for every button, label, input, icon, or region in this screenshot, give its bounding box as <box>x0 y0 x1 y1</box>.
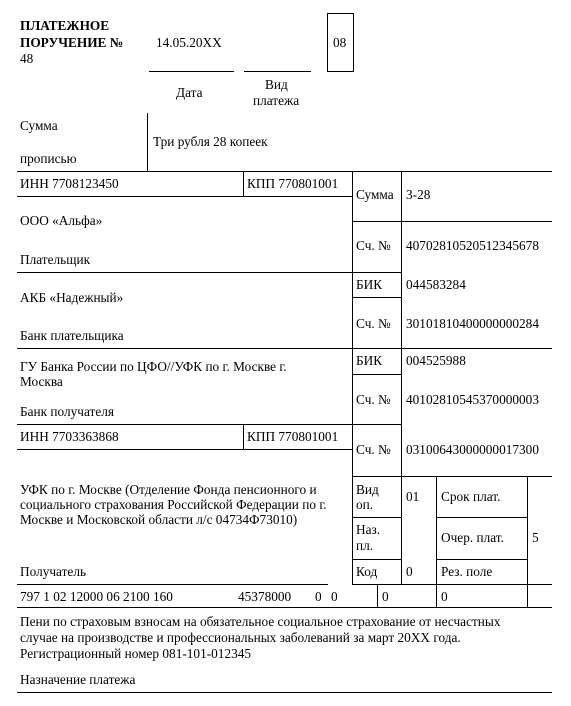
rule <box>352 517 401 518</box>
op-type-value: 01 <box>406 489 419 504</box>
rule <box>527 476 528 607</box>
doc-date-value: 0 <box>441 589 448 604</box>
payment-type-label-line1: Вид <box>265 77 288 92</box>
op-type-label-line2: оп. <box>356 497 373 512</box>
payee-account-label: Сч. № <box>356 442 391 457</box>
amount-words-divider <box>147 113 148 171</box>
rule <box>17 171 552 172</box>
rule <box>352 374 401 375</box>
purpose-code-label-line1: Наз. <box>356 522 380 537</box>
rule <box>17 196 352 197</box>
payment-order-number: 48 <box>20 51 33 66</box>
date-label: Дата <box>176 85 203 100</box>
rule <box>243 424 244 449</box>
rule <box>352 171 353 584</box>
amount-words-label-line1: Сумма <box>20 118 58 133</box>
doc-number-value: 0 <box>382 589 389 604</box>
payer-label: Плательщик <box>20 252 90 267</box>
payer-kpp: КПП 770801001 <box>247 176 338 191</box>
rule <box>352 221 552 222</box>
purpose-label: Назначение платежа <box>20 672 135 687</box>
rule <box>436 517 527 518</box>
payment-type-label-line2: платежа <box>253 93 299 108</box>
period-value: 0 <box>331 589 338 604</box>
basis-value: 0 <box>315 589 322 604</box>
document-title-line2: ПОРУЧЕНИЕ № <box>20 35 123 50</box>
rule <box>352 559 401 560</box>
amount-value: 3-28 <box>406 187 430 202</box>
payer-bank-account-value: 30101810400000000284 <box>406 316 539 331</box>
payer-bank-account-label: Сч. № <box>356 316 391 331</box>
payee-bank-account-label: Сч. № <box>356 392 391 407</box>
amount-words-value: Три рубля 28 копеек <box>153 134 268 149</box>
rule <box>352 476 552 477</box>
rule <box>17 692 552 693</box>
payer-name: ООО «Альфа» <box>20 213 102 228</box>
payee-kpp: КПП 770801001 <box>247 429 338 444</box>
payer-bank-bik-value: 044583284 <box>406 277 466 292</box>
rule <box>17 584 328 585</box>
purpose-code-label-line2: пл. <box>356 538 373 553</box>
rule <box>243 171 244 196</box>
purpose-text-line1: Пени по страховым взносам на обязательно… <box>20 614 501 629</box>
rule <box>352 584 552 585</box>
rule <box>377 584 378 607</box>
rule <box>17 272 401 273</box>
payee-name: УФК по г. Москве (Отделение Фонда пенсио… <box>20 482 350 527</box>
payee-bank-name-line1: ГУ Банка России по ЦФО//УФК по г. Москве… <box>20 359 287 374</box>
payee-bank-account-value: 40102810545370000003 <box>406 392 539 407</box>
rule <box>436 559 527 560</box>
payer-account-value: 40702810520512345678 <box>406 238 539 253</box>
payee-account-value: 03100643000000017300 <box>406 442 539 457</box>
rule <box>401 171 402 584</box>
payee-label: Получатель <box>20 564 86 579</box>
due-label: Срок плат. <box>441 489 500 504</box>
kbk-value: 797 1 02 12000 06 2100 160 <box>20 589 173 604</box>
purpose-text-line3: Регистрационный номер 081-101-012345 <box>20 646 251 661</box>
payer-inn: ИНН 7708123450 <box>20 176 119 191</box>
rule <box>17 607 552 608</box>
payee-inn: ИНН 7703363868 <box>20 429 119 444</box>
payment-date-value: 14.05.20XX <box>156 35 222 50</box>
payer-bank-label: Банк плательщика <box>20 328 124 343</box>
code-label: Код <box>356 564 377 579</box>
payee-bank-bik-label: БИК <box>356 353 382 368</box>
payee-bank-name-line2: Москва <box>20 374 63 389</box>
rule <box>17 424 401 425</box>
rule <box>436 476 437 607</box>
payment-type-underline <box>244 71 311 72</box>
rule <box>17 449 352 450</box>
rule <box>352 297 401 298</box>
amount-words-label-line2: прописью <box>20 151 77 166</box>
op-type-label-line1: Вид <box>356 482 379 497</box>
payee-bank-bik-value: 004525988 <box>406 353 466 368</box>
code-value: 0 <box>406 564 413 579</box>
reserve-label: Рез. поле <box>441 564 492 579</box>
rule <box>17 348 552 349</box>
oktmo-value: 45378000 <box>238 589 291 604</box>
priority-value: 5 <box>532 530 539 545</box>
payee-bank-label: Банк получателя <box>20 404 114 419</box>
document-title-line1: ПЛАТЕЖНОЕ <box>20 18 109 33</box>
payer-bank-bik-label: БИК <box>356 277 382 292</box>
priority-label: Очер. плат. <box>441 530 504 545</box>
amount-label: Сумма <box>356 187 394 202</box>
date-underline <box>149 71 234 72</box>
payer-bank-name: АКБ «Надежный» <box>20 290 123 305</box>
payer-account-label: Сч. № <box>356 238 391 253</box>
purpose-text-line2: случае на производстве и профессиональны… <box>20 630 461 645</box>
status-code-value: 08 <box>333 35 346 50</box>
